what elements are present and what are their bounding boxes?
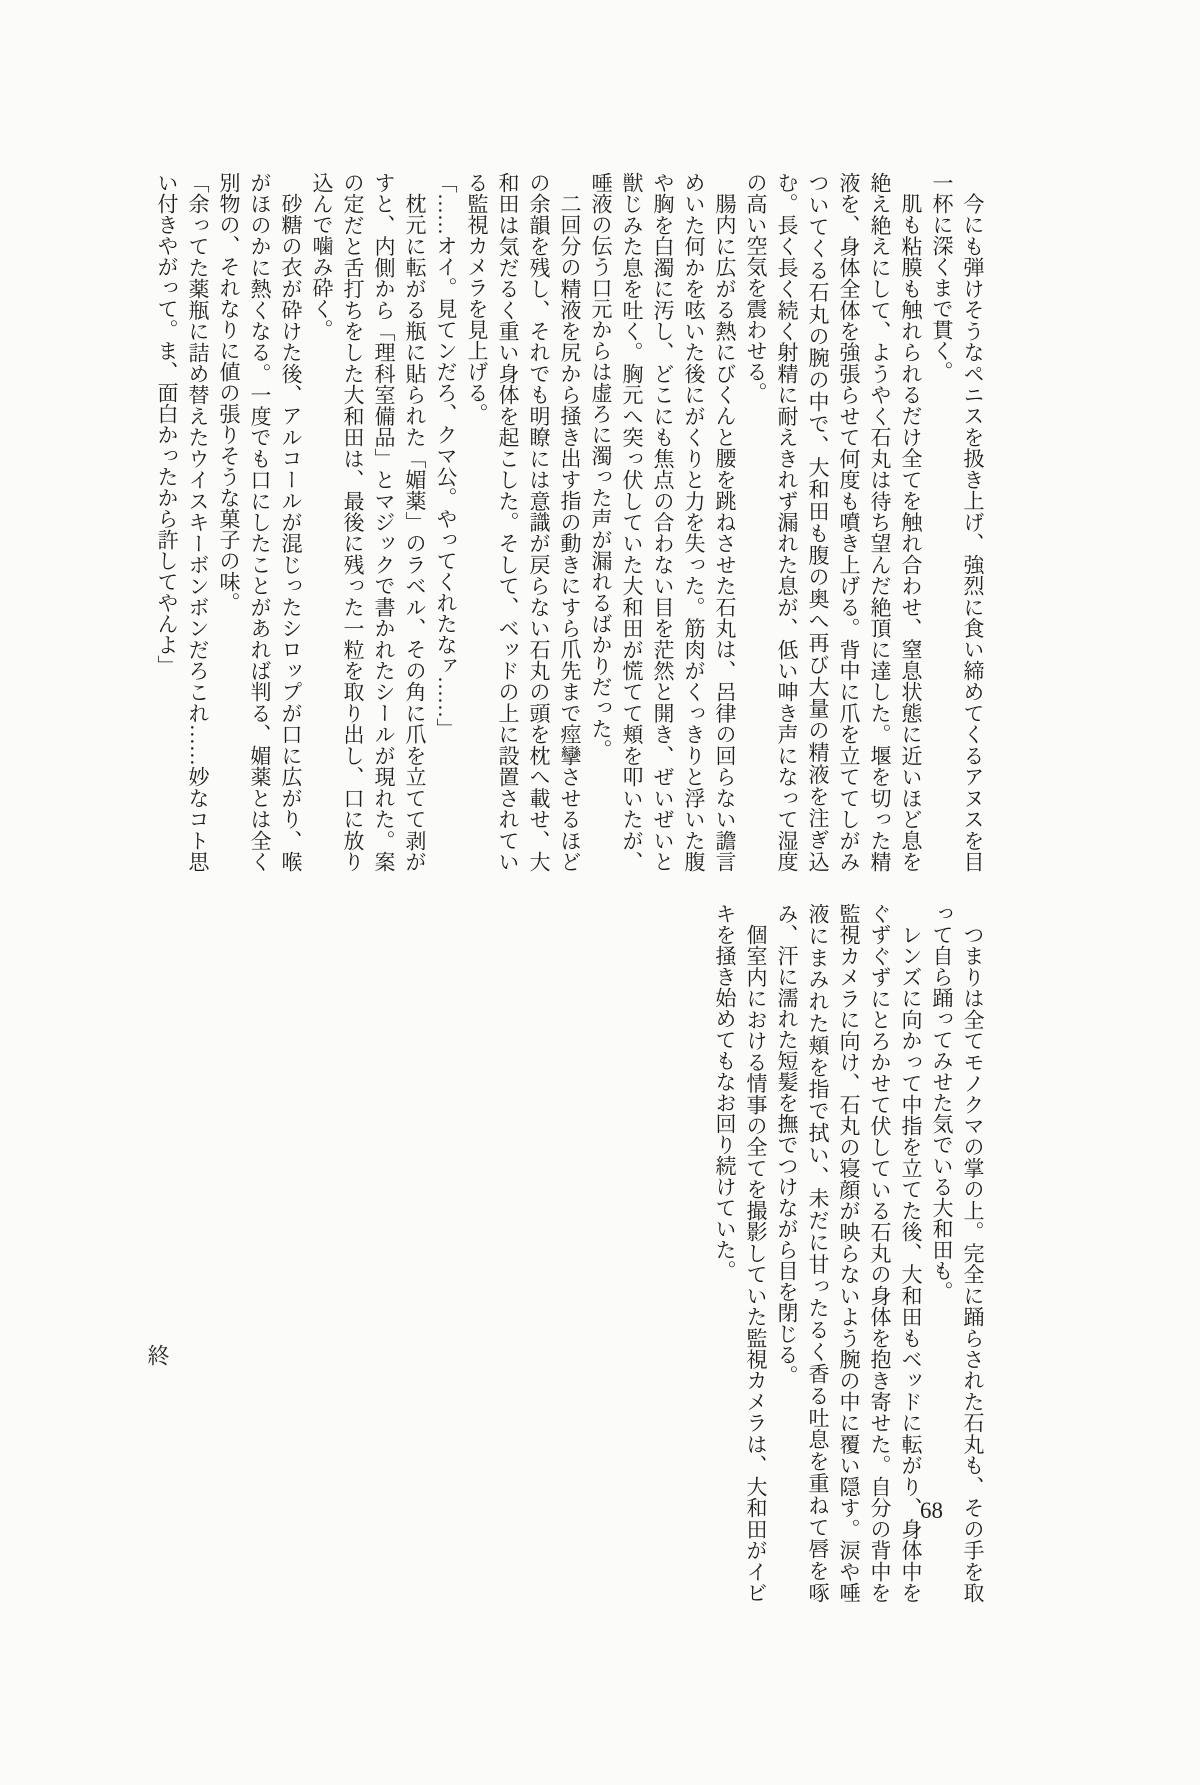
paragraph: レンズに向かって中指を立てた後、大和田もベッドに転がり、身体中をぐずぐずにとろか… <box>771 903 926 1603</box>
text-block-bottom: つまりは全てモノクマの掌の上。完全に踊らされた石丸も、その手を取って自ら踊ってみ… <box>698 903 988 1603</box>
end-mark: 終 <box>142 1344 173 1366</box>
paragraph: 今にも弾けそうなペニスを扱き上げ、強烈に食い締めてくるアヌスを目一杯に深くまで貫… <box>926 172 988 872</box>
paragraph: 肌も粘膜も触れられるだけ全てを触れ合わせ、窒息状態に近いほど息を絶え絶えにして、… <box>740 172 926 872</box>
paragraph: 砂糖の衣が砕けた後、アルコールが混じったシロップが口に広がり、喉がほのかに熱くな… <box>213 172 306 872</box>
scanned-page: { "page": { "number": "68", "end_mark": … <box>0 0 1200 1785</box>
paragraph: 個室内における情事の全てを撮影していた監視カメラは、大和田がイビキを掻き始めても… <box>709 903 771 1603</box>
dialogue-paragraph: 「……オイ。見てンだろ、クマ公。やってくれたなァ……」 <box>430 172 461 872</box>
paragraph: 腸内に広がる熱にびくんと腰を跳ねさせた石丸は、呂律の回らない譫言めいた何かを呟い… <box>585 172 740 872</box>
paragraph: 枕元に転がる瓶に貼られた「媚薬」のラベル、その角に爪を立てて剥がすと、内側から「… <box>306 172 430 872</box>
text-block-top: 今にも弾けそうなペニスを扱き上げ、強烈に食い締めてくるアヌスを目一杯に深くまで貫… <box>143 172 988 872</box>
dialogue-paragraph: 「余ってた薬瓶に詰め替えたウイスキーボンボンだろこれ……妙なコト思い付きやがって… <box>151 172 213 872</box>
paragraph: 二回分の精液を尻から掻き出す指の動きにすら爪先まで痙攣させるほどの余韻を残し、そ… <box>461 172 585 872</box>
page-number: 68 <box>920 1498 943 1524</box>
